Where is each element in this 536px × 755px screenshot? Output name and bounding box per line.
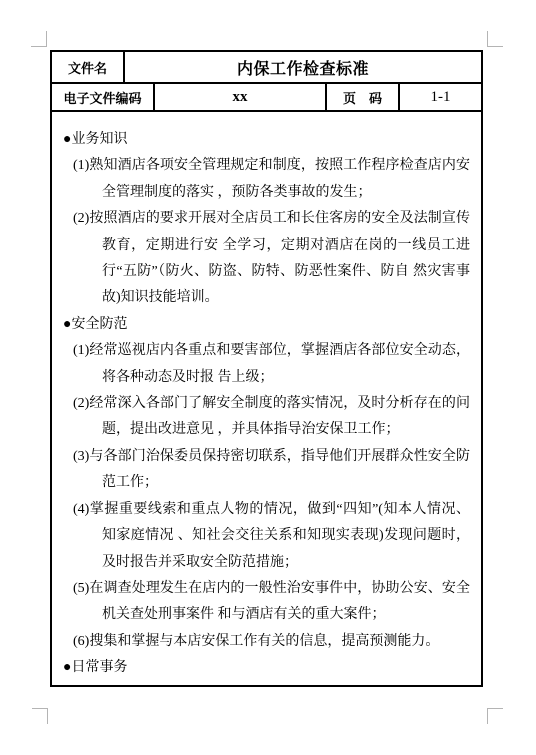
section-title-text: 业务知识 bbox=[71, 132, 127, 147]
document-table: 文件名 内保工作检查标准 电子文件编码 xx 页 码 1-1 ●业务知识(1)熟… bbox=[50, 50, 483, 687]
section-item: (3)与各部门治保委员保持密切联系，指导他们开展群众性安全防范工作； bbox=[102, 444, 470, 497]
document-page: 文件名 内保工作检查标准 电子文件编码 xx 页 码 1-1 ●业务知识(1)熟… bbox=[0, 0, 536, 755]
page-number-label: 页 码 bbox=[327, 84, 400, 110]
section-item: (5)在调查处理发生在店内的一般性治安事件中，协助公安、安全机关查处刑事案件 和… bbox=[102, 576, 470, 629]
crop-mark-top-left-icon bbox=[31, 31, 47, 47]
document-body: ●业务知识(1)熟知酒店各项安全管理规定和制度，按照工作程序检查店内安全管理制度… bbox=[52, 112, 481, 685]
section-title-text: 日常事务 bbox=[71, 660, 127, 675]
section-item: (4)掌握重要线索和重点人物的情况，做到“四知”(知本人情况、知家庭情况 、知社… bbox=[102, 497, 470, 576]
section-item: (1)经常巡视店内各重点和要害部位，掌握酒店各部位安全动态，将各种动态及时报 告… bbox=[102, 338, 470, 391]
page-number-value: 1-1 bbox=[400, 84, 481, 110]
section-item: (2)经常深入各部门了解安全制度的落实情况，及时分析存在的问题，提出改进意见 ，… bbox=[102, 391, 470, 444]
file-code-value: xx bbox=[155, 84, 327, 110]
file-name-label: 文件名 bbox=[52, 52, 125, 82]
crop-mark-bottom-left-icon bbox=[32, 708, 48, 724]
header-row-file-code: 电子文件编码 xx 页 码 1-1 bbox=[52, 84, 481, 112]
header-row-file-name: 文件名 内保工作检查标准 bbox=[52, 52, 481, 84]
section-item: (2)按照酒店的要求开展对全店员工和长住客房的安全及法制宣传教育，定期进行安 全… bbox=[102, 206, 470, 312]
section-title-text: 安全防范 bbox=[71, 317, 127, 332]
section-title: ●安全防范 bbox=[63, 312, 470, 338]
section-item: (1)熟知酒店各项安全管理规定和制度，按照工作程序检查店内安全管理制度的落实 ，… bbox=[102, 153, 470, 206]
file-code-label: 电子文件编码 bbox=[52, 84, 155, 110]
section-item: (6)搜集和掌握与本店安保工作有关的信息，提高预测能力。 bbox=[102, 629, 470, 655]
crop-mark-top-right-icon bbox=[487, 31, 503, 47]
section-title: ●业务知识 bbox=[63, 127, 470, 153]
section-title: ●日常事务 bbox=[63, 655, 470, 681]
document-title: 内保工作检查标准 bbox=[125, 52, 481, 82]
crop-mark-bottom-right-icon bbox=[487, 708, 503, 724]
